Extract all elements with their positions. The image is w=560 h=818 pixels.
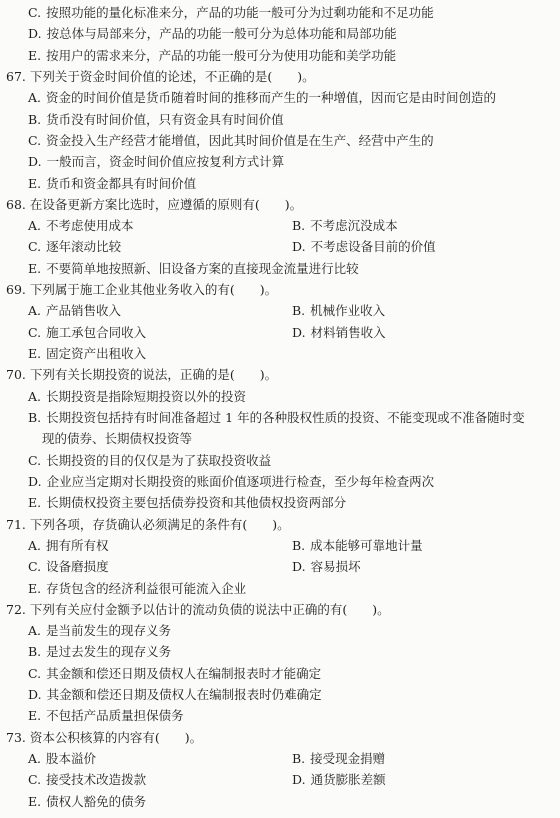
option-label: C. [28,130,41,152]
option-text: 股本溢价 [46,751,96,766]
option-label: D. [292,556,306,578]
option-text: 其金额和偿还日期及债权人在编制报表时仍难确定 [47,687,322,702]
option-70-b-continued: 现的债券、长期债权投资等 [42,428,192,450]
option-text: 按用户的需求来分，产品的功能一般可分为使用功能和美学功能 [46,48,396,63]
option-68-c: C.逐年滚动比较 [28,236,121,258]
option-label: B. [292,748,305,770]
option-text: 设备磨损度 [46,559,109,574]
option-69-d: D.材料销售收入 [292,322,386,344]
option-text: 债权人豁免的债务 [46,794,146,809]
option-text: 资金投入生产经营才能增值，因此其时间价值是在生产、经营中产生的 [46,133,434,148]
option-67-b: B.货币没有时间价值，只有资金具有时间价值 [28,109,284,131]
option-text: 施工承包合同收入 [46,325,146,340]
option-69-a: A.产品销售收入 [28,300,121,322]
option-66-d: D.按总体与局部来分，产品的功能一般可分为总体功能和局部功能 [28,23,397,45]
option-label: D. [28,151,42,173]
option-70-d: D.企业应当定期对长期投资的账面价值逐项进行检查，至少每年检查两次 [28,471,434,493]
option-text: 一般而言，资金时间价值应按复利方式计算 [47,154,285,169]
option-label: E. [28,492,41,514]
option-label: E. [28,45,41,67]
option-text: 不考虑使用成本 [46,218,134,233]
question-71-stem: 71.下列各项，存货确认必须满足的条件有( )。 [6,514,290,536]
option-70-a: A.长期投资是指除短期投资以外的投资 [28,386,246,408]
option-label: C. [28,2,41,24]
option-label: C. [28,322,41,344]
option-68-e: E.不要简单地按照新、旧设备方案的直接现金流量进行比较 [28,258,359,280]
option-71-d: D.容易损坏 [292,556,361,578]
option-68-b: B.不考虑沉没成本 [292,215,398,237]
option-68-a: A.不考虑使用成本 [28,215,134,237]
option-label: A. [28,300,41,322]
option-text: 按总体与局部来分，产品的功能一般可分为总体功能和局部功能 [47,26,397,41]
question-number: 67. [6,66,26,88]
option-69-e: E.固定资产出租收入 [28,343,146,365]
option-text: 通货膨胀差额 [311,772,386,787]
option-label: D. [292,236,306,258]
question-number: 68. [6,194,26,216]
option-69-b: B.机械作业收入 [292,300,385,322]
option-label: D. [28,471,42,493]
option-66-e: E.按用户的需求来分，产品的功能一般可分为使用功能和美学功能 [28,45,396,67]
option-text: 是当前发生的现存义务 [46,623,171,638]
option-67-c: C.资金投入生产经营才能增值，因此其时间价值是在生产、经营中产生的 [28,130,434,152]
option-text: 接受现金捐赠 [310,751,385,766]
option-label: C. [28,450,41,472]
option-label: E. [28,343,41,365]
option-label: D. [292,322,306,344]
question-73-stem: 73.资本公积核算的内容有( )。 [6,727,202,749]
question-number: 69. [6,279,26,301]
option-73-d: D.通货膨胀差额 [292,769,386,791]
option-text: 长期投资是指除短期投资以外的投资 [46,389,246,404]
option-label: B. [292,535,305,557]
option-text: 长期债权投资主要包括债券投资和其他债权投资两部分 [46,495,346,510]
option-68-d: D.不考虑设备目前的价值 [292,236,436,258]
option-73-b: B.接受现金捐赠 [292,748,385,770]
question-text: 下列各项，存货确认必须满足的条件有( )。 [30,517,290,532]
option-text: 存货包含的经济利益很可能流入企业 [46,581,246,596]
question-number: 72. [6,599,26,621]
question-72-stem: 72.下列有关应付金额予以估计的流动负债的说法中正确的有( )。 [6,599,390,621]
option-text: 企业应当定期对长期投资的账面价值逐项进行检查，至少每年检查两次 [47,474,435,489]
option-67-a: A.资金的时间价值是货币随着时间的推移而产生的一种增值，因而它是由时间创造的 [28,87,496,109]
option-71-a: A.拥有所有权 [28,535,109,557]
option-67-d: D.一般而言，资金时间价值应按复利方式计算 [28,151,284,173]
option-label: E. [28,705,41,727]
option-label: A. [28,620,41,642]
option-text: 长期投资的目的仅仅是为了获取投资收益 [46,453,271,468]
option-label: E. [28,791,41,813]
option-label: D. [28,23,42,45]
question-text: 下列有关长期投资的说法，正确的是( )。 [30,367,277,382]
question-69-stem: 69.下列属于施工企业其他业务收入的有( )。 [6,279,277,301]
option-73-a: A.股本溢价 [28,748,96,770]
option-72-e: E.不包括产品质量担保债务 [28,705,184,727]
option-label: D. [292,769,306,791]
option-label: A. [28,748,41,770]
option-text: 逐年滚动比较 [46,239,121,254]
option-72-b: B.是过去发生的现存义务 [28,641,171,663]
option-label: C. [28,556,41,578]
option-text: 不包括产品质量担保债务 [46,708,184,723]
option-70-e: E.长期债权投资主要包括债券投资和其他债权投资两部分 [28,492,346,514]
option-text: 容易损坏 [311,559,361,574]
option-text: 固定资产出租收入 [46,346,146,361]
option-text: 长期投资包括持有时间准备超过 1 年的各种股权性质的投资、不能变现或不准备随时变 [46,410,524,425]
option-text: 按照功能的量化标准来分，产品的功能一般可分为过剩功能和不足功能 [46,5,434,20]
option-71-c: C.设备磨损度 [28,556,109,578]
question-text: 在设备更新方案比选时，应遵循的原则有( )。 [30,197,302,212]
option-73-c: C.接受技术改造拨款 [28,769,146,791]
option-label: C. [28,236,41,258]
option-label: B. [292,300,305,322]
option-label: D. [28,684,42,706]
option-72-a: A.是当前发生的现存义务 [28,620,171,642]
option-label: A. [28,87,41,109]
option-text: 不考虑设备目前的价值 [311,239,436,254]
option-label: C. [28,769,41,791]
question-text: 下列属于施工企业其他业务收入的有( )。 [30,282,277,297]
option-67-e: E.货币和资金都具有时间价值 [28,173,196,195]
option-70-c: C.长期投资的目的仅仅是为了获取投资收益 [28,450,271,472]
option-69-c: C.施工承包合同收入 [28,322,146,344]
question-68-stem: 68.在设备更新方案比选时，应遵循的原则有( )。 [6,194,302,216]
option-label: B. [28,641,41,663]
option-text: 机械作业收入 [310,303,385,318]
option-text: 货币没有时间价值，只有资金具有时间价值 [46,112,284,127]
option-text: 成本能够可靠地计量 [310,538,423,553]
option-70-b: B.长期投资包括持有时间准备超过 1 年的各种股权性质的投资、不能变现或不准备随… [28,407,525,429]
option-text: 资金的时间价值是货币随着时间的推移而产生的一种增值，因而它是由时间创造的 [46,90,496,105]
option-text: 其金额和偿还日期及债权人在编制报表时才能确定 [46,666,321,681]
option-label: B. [28,109,41,131]
option-label: A. [28,535,41,557]
option-text: 拥有所有权 [46,538,109,553]
option-text: 货币和资金都具有时间价值 [46,176,196,191]
question-number: 71. [6,514,26,536]
option-71-e: E.存货包含的经济利益很可能流入企业 [28,578,246,600]
question-67-stem: 67.下列关于资金时间价值的论述，不正确的是( )。 [6,66,315,88]
option-label: A. [28,215,41,237]
option-label: C. [28,663,41,685]
option-text: 不要简单地按照新、旧设备方案的直接现金流量进行比较 [46,261,359,276]
option-text: 产品销售收入 [46,303,121,318]
option-label: A. [28,386,41,408]
option-label: B. [28,407,41,429]
option-text: 接受技术改造拨款 [46,772,146,787]
option-72-c: C.其金额和偿还日期及债权人在编制报表时才能确定 [28,663,321,685]
option-label: E. [28,578,41,600]
option-text: 不考虑沉没成本 [310,218,398,233]
option-72-d: D.其金额和偿还日期及债权人在编制报表时仍难确定 [28,684,322,706]
option-label: E. [28,258,41,280]
question-text: 资本公积核算的内容有( )。 [30,730,202,745]
option-label: E. [28,173,41,195]
question-number: 73. [6,727,26,749]
option-label: B. [292,215,305,237]
option-text: 是过去发生的现存义务 [46,644,171,659]
question-70-stem: 70.下列有关长期投资的说法，正确的是( )。 [6,364,277,386]
option-text: 材料销售收入 [311,325,386,340]
question-number: 70. [6,364,26,386]
exam-page: C.按照功能的量化标准来分，产品的功能一般可分为过剩功能和不足功能 D.按总体与… [0,0,560,818]
question-text: 下列关于资金时间价值的论述，不正确的是( )。 [30,69,315,84]
option-text: 现的债券、长期债权投资等 [42,431,192,446]
question-text: 下列有关应付金额予以估计的流动负债的说法中正确的有( )。 [30,602,390,617]
option-71-b: B.成本能够可靠地计量 [292,535,423,557]
option-73-e: E.债权人豁免的债务 [28,791,146,813]
option-66-c: C.按照功能的量化标准来分，产品的功能一般可分为过剩功能和不足功能 [28,2,434,24]
